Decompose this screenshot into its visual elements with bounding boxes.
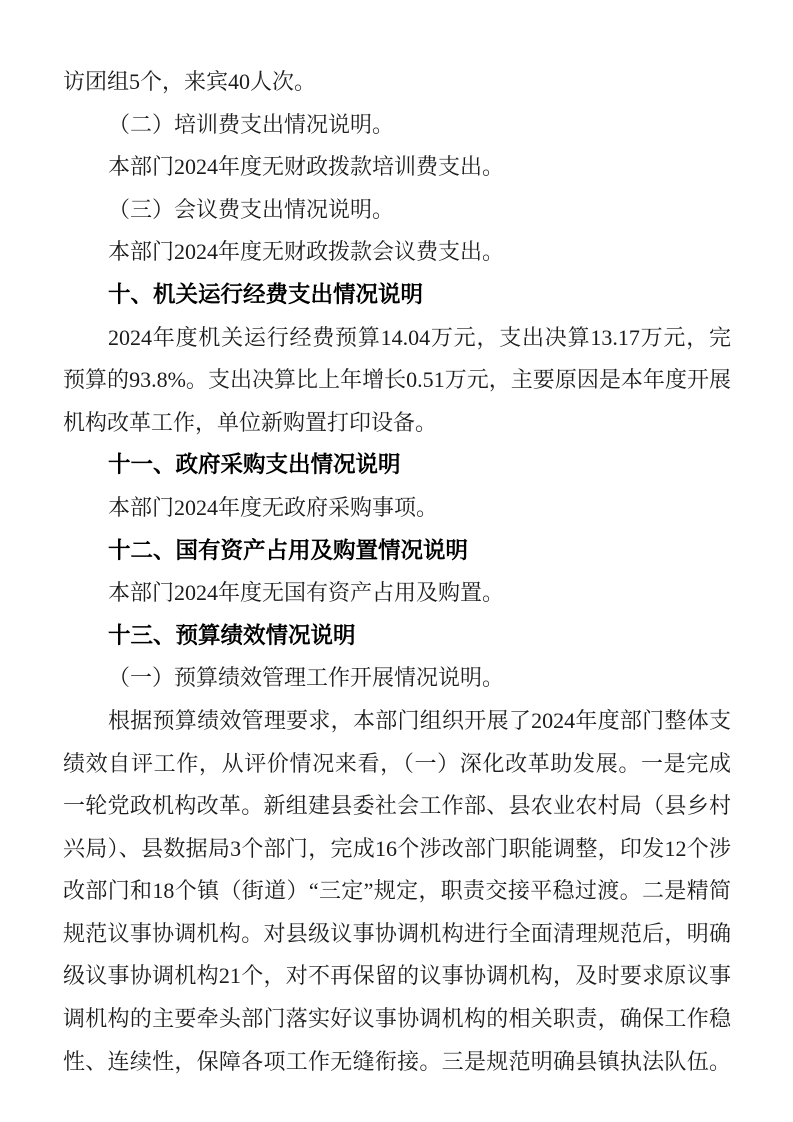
body-line: 改部门和18个镇（街道）“三定”规定，职责交接平稳过渡。二是精简 [63, 870, 731, 913]
body-line: 预算的93.8%。支出决算比上年增长0.51万元，主要原因是本年度开展 [63, 359, 731, 402]
body-line: （二）培训费支出情况说明。 [63, 104, 731, 147]
body-line: 本部门2024年度无国有资产占用及购置。 [63, 572, 731, 615]
body-line: 2024年度机关运行经费预算14.04万元，支出决算13.17万元，完成 [63, 317, 731, 360]
body-line: 性、连续性，保障各项工作无缝衔接。三是规范明确县镇执法队伍。深 [63, 1041, 731, 1084]
body-line: 机构改革工作，单位新购置打印设备。 [63, 402, 731, 445]
body-line: （一）预算绩效管理工作开展情况说明。 [63, 657, 731, 700]
heading-line: 十、机关运行经费支出情况说明 [63, 274, 731, 317]
body-line: 规范议事协调机构。对县级议事协调机构进行全面清理规范后，明确县 [63, 913, 731, 956]
body-line: 本部门2024年度无财政拨款会议费支出。 [63, 231, 731, 274]
heading-line: 十三、预算绩效情况说明 [63, 615, 731, 658]
body-line: 兴局）、县数据局3个部门，完成16个涉改部门职能调整，印发12个涉 [63, 828, 731, 871]
document-page: 访团组5个，来宾40人次。（二）培训费支出情况说明。本部门2024年度无财政拨款… [0, 0, 793, 1122]
body-line: 根据预算绩效管理要求，本部门组织开展了2024年度部门整体支出 [63, 700, 731, 743]
heading-line: 十二、国有资产占用及购置情况说明 [63, 530, 731, 573]
body-line: 本部门2024年度无政府采购事项。 [63, 487, 731, 530]
body-line: 一轮党政机构改革。新组建县委社会工作部、县农业农村局（县乡村振 [63, 785, 731, 828]
body-line: 绩效自评工作，从评价情况来看，（一）深化改革助发展。一是完成新 [63, 743, 731, 786]
heading-line: 十一、政府采购支出情况说明 [63, 444, 731, 487]
body-line: 本部门2024年度无财政拨款培训费支出。 [63, 146, 731, 189]
document-body: 访团组5个，来宾40人次。（二）培训费支出情况说明。本部门2024年度无财政拨款… [63, 61, 731, 1083]
body-line: 级议事协调机构21个，对不再保留的议事协调机构，及时要求原议事协 [63, 955, 731, 998]
body-line: 调机构的主要牵头部门落实好议事协调机构的相关职责，确保工作稳定 [63, 998, 731, 1041]
body-line: 访团组5个，来宾40人次。 [63, 61, 731, 104]
body-line: （三）会议费支出情况说明。 [63, 189, 731, 232]
